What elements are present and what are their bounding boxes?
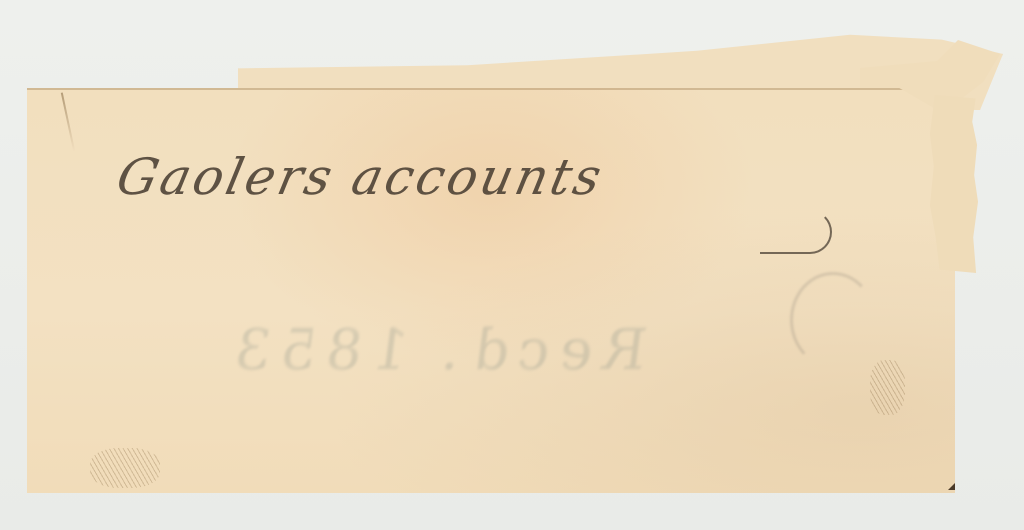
- foxing-stain: [90, 448, 160, 488]
- corner-shadow: [948, 483, 955, 490]
- torn-edge-tab: [930, 95, 978, 273]
- handwritten-title: Gaolers accounts: [112, 148, 609, 206]
- title-flourish: [760, 210, 832, 254]
- bleed-through-ink: Recd. 1853: [214, 318, 656, 383]
- scan-background: Gaolers accounts Recd. 1853: [0, 0, 1024, 530]
- faint-ink-mark: [790, 272, 876, 368]
- fold-crease: [61, 92, 75, 151]
- foxing-stain: [870, 360, 905, 415]
